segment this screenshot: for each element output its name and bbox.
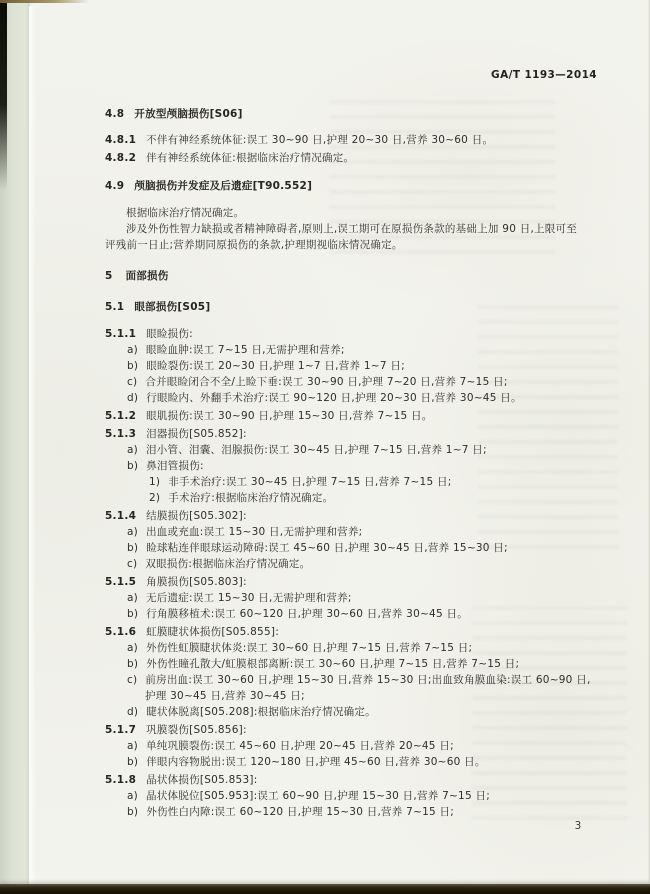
row-text: 晶状体损伤[S05.853]: [146, 774, 257, 786]
clause-number: 5 [105, 269, 113, 285]
list-item: c)双眼损伤:根据临床治疗情况确定。 [105, 557, 597, 573]
row-text: 泪小管、泪囊、泪腺损伤:误工 30~45 日,护理 7~15 日,营养 1~7 … [146, 444, 487, 456]
row-text: 眼睑血肿:误工 7~15 日,无需护理和营养; [146, 344, 345, 356]
list-item: a)外伤性虹膜睫状体炎:误工 30~60 日,护理 7~15 日,营养 7~15… [105, 641, 597, 657]
list-item: a)眼睑血肿:误工 7~15 日,无需护理和营养; [105, 343, 597, 359]
list-item: a)晶状体脱位[S05.953]:误工 60~90 日,护理 15~30 日,营… [105, 789, 597, 805]
item-label: 2) [149, 491, 160, 507]
row-text: 非手术治疗:误工 30~45 日,护理 7~15 日,营养 7~15 日; [168, 476, 451, 488]
clause: 5.1.1眼睑损伤: [105, 327, 597, 343]
page-number: 3 [570, 819, 586, 834]
list-item: c)前房出血:误工 30~60 日,护理 15~30 日,营养 15~30 日;… [105, 673, 597, 689]
row-text: 不伴有神经系统体征:误工 30~90 日,护理 20~30 日,营养 30~60… [146, 134, 493, 146]
row-text: 虹膜睫状体损伤[S05.855]: [146, 626, 279, 638]
clause: 4.8.1不伴有神经系统体征:误工 30~90 日,护理 20~30 日,营养 … [105, 133, 597, 149]
clause: 5.1.6虹膜睫状体损伤[S05.855]: [105, 625, 597, 641]
clause-number: 4.8.1 [105, 133, 136, 149]
list-item: d)睫状体脱离[S05.208]:根据临床治疗情况确定。 [105, 705, 597, 721]
item-label: a) [127, 343, 138, 359]
list-item: b)睑球粘连伴眼球运动障碍:误工 45~60 日,护理 30~45 日,营养 1… [105, 541, 597, 557]
row-text: 眼睑裂伤:误工 20~30 日,护理 1~7 日,营养 1~7 日; [146, 360, 405, 372]
row-text: 手术治疗:根据临床治疗情况确定。 [168, 492, 333, 504]
item-label: c) [127, 673, 137, 689]
row-text: 巩膜裂伤[S05.856]: [146, 724, 247, 736]
scanned-page: { "page": { "standard_number": "GA/T 119… [0, 0, 650, 894]
paragraph: 根据临床治疗情况确定。 [105, 206, 597, 222]
row-text: 晶状体脱位[S05.953]:误工 60~90 日,护理 15~30 日,营养 … [146, 790, 490, 802]
item-label: b) [127, 805, 138, 821]
row-text: 外伤性虹膜睫状体炎:误工 30~60 日,护理 7~15 日,营养 7~15 日… [146, 642, 472, 654]
row-text: 出血或充血:误工 15~30 日,无需护理和营养; [146, 526, 362, 538]
item-label: a) [127, 641, 138, 657]
row-text: 开放型颅脑损伤[S06] [134, 108, 242, 120]
section-heading: 5面部损伤 [105, 269, 597, 285]
numbered-subitem: 1)非手术治疗:误工 30~45 日,护理 7~15 日,营养 7~15 日; [105, 475, 597, 491]
row-text: 眼部损伤[S05] [134, 301, 210, 313]
list-item: b)鼻泪管损伤: [105, 459, 597, 475]
document-rows: 4.8开放型颅脑损伤[S06]4.8.1不伴有神经系统体征:误工 30~90 日… [105, 107, 597, 821]
continuation-line: 护理 30~45 日,营养 30~45 日; [105, 689, 597, 705]
clause-number: 5.1.8 [105, 773, 136, 789]
clause-number: 5.1.7 [105, 723, 136, 739]
clause-heading: 4.8开放型颅脑损伤[S06] [105, 107, 597, 123]
scan-edge-top [0, 0, 90, 3]
numbered-subitem: 2)手术治疗:根据临床治疗情况确定。 [105, 491, 597, 507]
item-label: b) [127, 359, 138, 375]
item-label: d) [127, 705, 138, 721]
row-text: 角膜损伤[S05.803]: [146, 576, 247, 588]
clause-number: 5.1 [105, 300, 124, 316]
row-text: 伴眼内容物脱出:误工 120~180 日,护理 45~60 日,营养 30~60… [146, 756, 485, 768]
page-edge-highlight [29, 6, 36, 884]
row-text: 评残前一日止;营养期同原损伤的条款,护理期视临床情况确定。 [105, 239, 403, 251]
row-text: 睑球粘连伴眼球运动障碍:误工 45~60 日,护理 30~45 日,营养 15~… [146, 542, 508, 554]
clause: 5.1.8晶状体损伤[S05.853]: [105, 773, 597, 789]
row-text: 外伤性瞳孔散大/虹膜根部离断:误工 30~60 日,护理 7~15 日,营养 7… [146, 658, 519, 670]
item-label: b) [127, 755, 138, 771]
clause: 5.1.2眼肌损伤:误工 30~90 日,护理 15~30 日,营养 7~15 … [105, 409, 597, 425]
row-text: 行角膜移植术:误工 60~120 日,护理 30~60 日,营养 30~45 日… [146, 608, 468, 620]
clause-number: 5.1.3 [105, 427, 136, 443]
list-item: b)外伤性瞳孔散大/虹膜根部离断:误工 30~60 日,护理 7~15 日,营养… [105, 657, 597, 673]
clause: 5.1.4结膜损伤[S05.302]: [105, 509, 597, 525]
paragraph: 涉及外伤性智力缺损或者精神障碍者,原则上,误工期可在原损伤条款的基础上加 90 … [105, 222, 597, 238]
list-item: a)单纯巩膜裂伤:误工 45~60 日,护理 20~45 日,营养 20~45 … [105, 739, 597, 755]
clause: 5.1.3泪器损伤[S05.852]: [105, 427, 597, 443]
item-label: b) [127, 607, 138, 623]
item-label: c) [127, 375, 137, 391]
row-text: 根据临床治疗情况确定。 [126, 207, 244, 219]
paragraph-continuation: 评残前一日止;营养期同原损伤的条款,护理期视临床情况确定。 [105, 238, 597, 254]
clause-number: 5.1.6 [105, 625, 136, 641]
list-item: a)泪小管、泪囊、泪腺损伤:误工 30~45 日,护理 7~15 日,营养 1~… [105, 443, 597, 459]
list-item: b)外伤性白内障:误工 60~120 日,护理 15~30 日,营养 7~15 … [105, 805, 597, 821]
row-text: 鼻泪管损伤: [146, 460, 204, 472]
row-text: 双眼损伤:根据临床治疗情况确定。 [145, 558, 310, 570]
row-text: 面部损伤 [126, 270, 169, 282]
list-item: c)合并眼睑闭合不全/上睑下垂:误工 30~90 日,护理 7~20 日,营养 … [105, 375, 597, 391]
item-label: d) [127, 391, 138, 407]
clause-number: 4.8 [105, 107, 124, 123]
row-text: 涉及外伤性智力缺损或者精神障碍者,原则上,误工期可在原损伤条款的基础上加 90 … [126, 223, 577, 235]
clause: 4.8.2伴有神经系统体征:根据临床治疗情况确定。 [105, 151, 597, 167]
row-text: 前房出血:误工 30~60 日,护理 15~30 日,营养 15~30 日;出血… [145, 674, 590, 686]
clause-heading: 4.9颅脑损伤并发症及后遗症[T90.552] [105, 179, 597, 195]
document-content: GA/T 1193—2014 4.8开放型颅脑损伤[S06]4.8.1不伴有神经… [105, 0, 597, 820]
row-text: 颅脑损伤并发症及后遗症[T90.552] [134, 180, 312, 192]
item-label: 1) [149, 475, 160, 491]
row-text: 结膜损伤[S05.302]: [146, 510, 247, 522]
item-label: a) [127, 525, 138, 541]
clause-number: 5.1.2 [105, 409, 136, 425]
clause-number: 4.9 [105, 179, 124, 195]
clause-number: 5.1.4 [105, 509, 136, 525]
item-label: a) [127, 591, 138, 607]
row-text: 单纯巩膜裂伤:误工 45~60 日,护理 20~45 日,营养 20~45 日; [146, 740, 454, 752]
item-label: a) [127, 789, 138, 805]
clause: 5.1.5角膜损伤[S05.803]: [105, 575, 597, 591]
clause-number: 5.1.1 [105, 327, 136, 343]
clause-number: 5.1.5 [105, 575, 136, 591]
list-item: b)眼睑裂伤:误工 20~30 日,护理 1~7 日,营养 1~7 日; [105, 359, 597, 375]
standard-number: GA/T 1193—2014 [105, 68, 597, 84]
item-label: a) [127, 739, 138, 755]
spine-shadow [0, 0, 7, 190]
list-item: a)无后遗症:误工 15~30 日,无需护理和营养; [105, 591, 597, 607]
item-label: b) [127, 541, 138, 557]
list-item: d)行眼睑内、外翻手术治疗:误工 90~120 日,护理 20~30 日,营养 … [105, 391, 597, 407]
item-label: c) [127, 557, 137, 573]
clause-number: 4.8.2 [105, 151, 136, 167]
row-text: 行眼睑内、外翻手术治疗:误工 90~120 日,护理 20~30 日,营养 30… [146, 392, 521, 404]
row-text: 睫状体脱离[S05.208]:根据临床治疗情况确定。 [146, 706, 376, 718]
scan-edge-bottom [0, 884, 650, 894]
row-text: 护理 30~45 日,营养 30~45 日; [145, 690, 305, 702]
clause: 5.1.7巩膜裂伤[S05.856]: [105, 723, 597, 739]
clause-heading: 5.1眼部损伤[S05] [105, 300, 597, 316]
list-item: a)出血或充血:误工 15~30 日,无需护理和营养; [105, 525, 597, 541]
row-text: 无后遗症:误工 15~30 日,无需护理和营养; [146, 592, 352, 604]
item-label: b) [127, 459, 138, 475]
row-text: 眼睑损伤: [146, 328, 193, 340]
list-item: b)伴眼内容物脱出:误工 120~180 日,护理 45~60 日,营养 30~… [105, 755, 597, 771]
item-label: a) [127, 443, 138, 459]
row-text: 外伤性白内障:误工 60~120 日,护理 15~30 日,营养 7~15 日; [146, 806, 454, 818]
row-text: 伴有神经系统体征:根据临床治疗情况确定。 [146, 152, 354, 164]
row-text: 合并眼睑闭合不全/上睑下垂:误工 30~90 日,护理 7~20 日,营养 7~… [145, 376, 507, 388]
row-text: 泪器损伤[S05.852]: [146, 428, 247, 440]
list-item: b)行角膜移植术:误工 60~120 日,护理 30~60 日,营养 30~45… [105, 607, 597, 623]
item-label: b) [127, 657, 138, 673]
row-text: 眼肌损伤:误工 30~90 日,护理 15~30 日,营养 7~15 日。 [146, 410, 432, 422]
